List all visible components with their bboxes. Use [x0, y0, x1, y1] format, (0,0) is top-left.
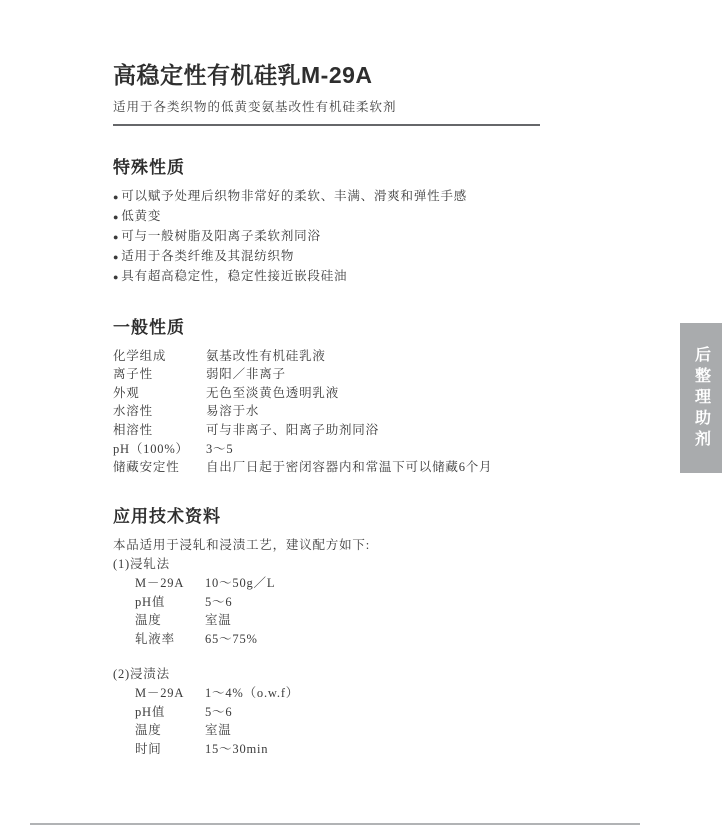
bullet-icon: ●	[113, 208, 119, 227]
section-application-data: 应用技术资料 本品适用于浸轧和浸渍工艺，建议配方如下: (1)浸轧法 M－29A…	[113, 502, 543, 759]
list-item-text: 具有超高稳定性，稳定性接近嵌段硅油	[121, 267, 347, 286]
footer-divider	[30, 823, 640, 825]
property-label: 温度	[135, 721, 205, 740]
property-value: 无色至淡黄色透明乳液	[206, 384, 543, 403]
property-value: 10～50g／L	[205, 574, 543, 593]
property-label: M－29A	[135, 574, 205, 593]
section-heading-application: 应用技术资料	[113, 502, 543, 527]
list-item-text: 低黄变	[121, 207, 161, 226]
property-label: 化学组成	[113, 347, 206, 366]
property-label: M－29A	[135, 684, 205, 703]
table-row: M－29A 1～4%（o.w.f）	[113, 684, 543, 703]
property-label: 储藏安定性	[113, 458, 206, 477]
property-label: pH值	[135, 703, 205, 722]
table-row: 离子性 弱阳／非离子	[113, 365, 543, 384]
property-value: 3～5	[206, 440, 543, 459]
property-value: 室温	[205, 721, 543, 740]
section-special-properties: 特殊性质 ● 可以赋予处理后织物非常好的柔软、丰满、滑爽和弹性手感 ● 低黄变 …	[113, 153, 543, 287]
property-label: 离子性	[113, 365, 206, 384]
special-properties-list: ● 可以赋予处理后织物非常好的柔软、丰满、滑爽和弹性手感 ● 低黄变 ● 可与一…	[113, 187, 543, 287]
property-value: 65～75%	[205, 630, 543, 649]
category-side-tab: 后整理助剂	[680, 323, 722, 473]
list-item: ● 低黄变	[113, 207, 543, 227]
property-label: 相溶性	[113, 421, 206, 440]
method-block-padding: (1)浸轧法 M－29A 10～50g／L pH值 5～6 温度 室温 轧液率 …	[113, 555, 543, 648]
method-title: (2)浸渍法	[113, 665, 543, 684]
content-column: 高稳定性有机硅乳M-29A 适用于各类织物的低黄变氨基改性有机硅柔软剂 特殊性质…	[113, 0, 543, 758]
property-value: 5～6	[205, 703, 543, 722]
bullet-icon: ●	[113, 188, 119, 207]
table-row: 外观 无色至淡黄色透明乳液	[113, 384, 543, 403]
property-label: 轧液率	[135, 630, 205, 649]
list-item-text: 可以赋予处理后织物非常好的柔软、丰满、滑爽和弹性手感	[121, 187, 467, 206]
property-value: 5～6	[205, 593, 543, 612]
table-row: 温度 室温	[113, 611, 543, 630]
property-label: 时间	[135, 740, 205, 759]
property-value: 15～30min	[205, 740, 543, 759]
header-divider	[113, 124, 540, 126]
property-value: 室温	[205, 611, 543, 630]
property-value: 弱阳／非离子	[206, 365, 543, 384]
table-row: 水溶性 易溶于水	[113, 402, 543, 421]
table-row: 化学组成 氨基改性有机硅乳液	[113, 347, 543, 366]
list-item-text: 适用于各类纤维及其混纺织物	[121, 247, 294, 266]
table-row: 相溶性 可与非离子、阳离子助剂同浴	[113, 421, 543, 440]
table-row: 温度 室温	[113, 721, 543, 740]
list-item: ● 具有超高稳定性，稳定性接近嵌段硅油	[113, 267, 543, 287]
bullet-icon: ●	[113, 248, 119, 267]
section-general-properties: 一般性质 化学组成 氨基改性有机硅乳液 离子性 弱阳／非离子 外观 无色至淡黄色…	[113, 313, 543, 477]
section-heading-special: 特殊性质	[113, 153, 543, 178]
table-row: pH值 5～6	[113, 703, 543, 722]
bullet-icon: ●	[113, 268, 119, 287]
property-label: 水溶性	[113, 402, 206, 421]
list-item: ● 可以赋予处理后织物非常好的柔软、丰满、滑爽和弹性手感	[113, 187, 543, 207]
side-tab-label: 后整理助剂	[690, 346, 713, 451]
section-heading-general: 一般性质	[113, 313, 543, 338]
list-item-text: 可与一般树脂及阳离子柔软剂同浴	[121, 227, 321, 246]
general-properties-table: 化学组成 氨基改性有机硅乳液 离子性 弱阳／非离子 外观 无色至淡黄色透明乳液 …	[113, 347, 543, 477]
method-block-dipping: (2)浸渍法 M－29A 1～4%（o.w.f） pH值 5～6 温度 室温 时…	[113, 665, 543, 758]
property-value: 1～4%（o.w.f）	[205, 684, 543, 703]
property-value: 氨基改性有机硅乳液	[206, 347, 543, 366]
application-intro: 本品适用于浸轧和浸渍工艺，建议配方如下:	[113, 536, 543, 555]
list-item: ● 适用于各类纤维及其混纺织物	[113, 247, 543, 267]
property-label: 温度	[135, 611, 205, 630]
table-row: 储藏安定性 自出厂日起于密闭容器内和常温下可以储藏6个月	[113, 458, 543, 477]
table-row: pH值 5～6	[113, 593, 543, 612]
method-title: (1)浸轧法	[113, 555, 543, 574]
table-row: pH（100%） 3～5	[113, 440, 543, 459]
page-title: 高稳定性有机硅乳M-29A	[113, 62, 543, 90]
property-label: 外观	[113, 384, 206, 403]
property-value: 易溶于水	[206, 402, 543, 421]
property-value: 自出厂日起于密闭容器内和常温下可以储藏6个月	[206, 458, 543, 477]
datasheet-page: 高稳定性有机硅乳M-29A 适用于各类织物的低黄变氨基改性有机硅柔软剂 特殊性质…	[0, 0, 722, 830]
table-row: 轧液率 65～75%	[113, 630, 543, 649]
property-value: 可与非离子、阳离子助剂同浴	[206, 421, 543, 440]
property-label: pH（100%）	[113, 440, 206, 459]
list-item: ● 可与一般树脂及阳离子柔软剂同浴	[113, 227, 543, 247]
table-row: M－29A 10～50g／L	[113, 574, 543, 593]
page-subtitle: 适用于各类织物的低黄变氨基改性有机硅柔软剂	[113, 97, 543, 115]
bullet-icon: ●	[113, 228, 119, 247]
table-row: 时间 15～30min	[113, 740, 543, 759]
property-label: pH值	[135, 593, 205, 612]
